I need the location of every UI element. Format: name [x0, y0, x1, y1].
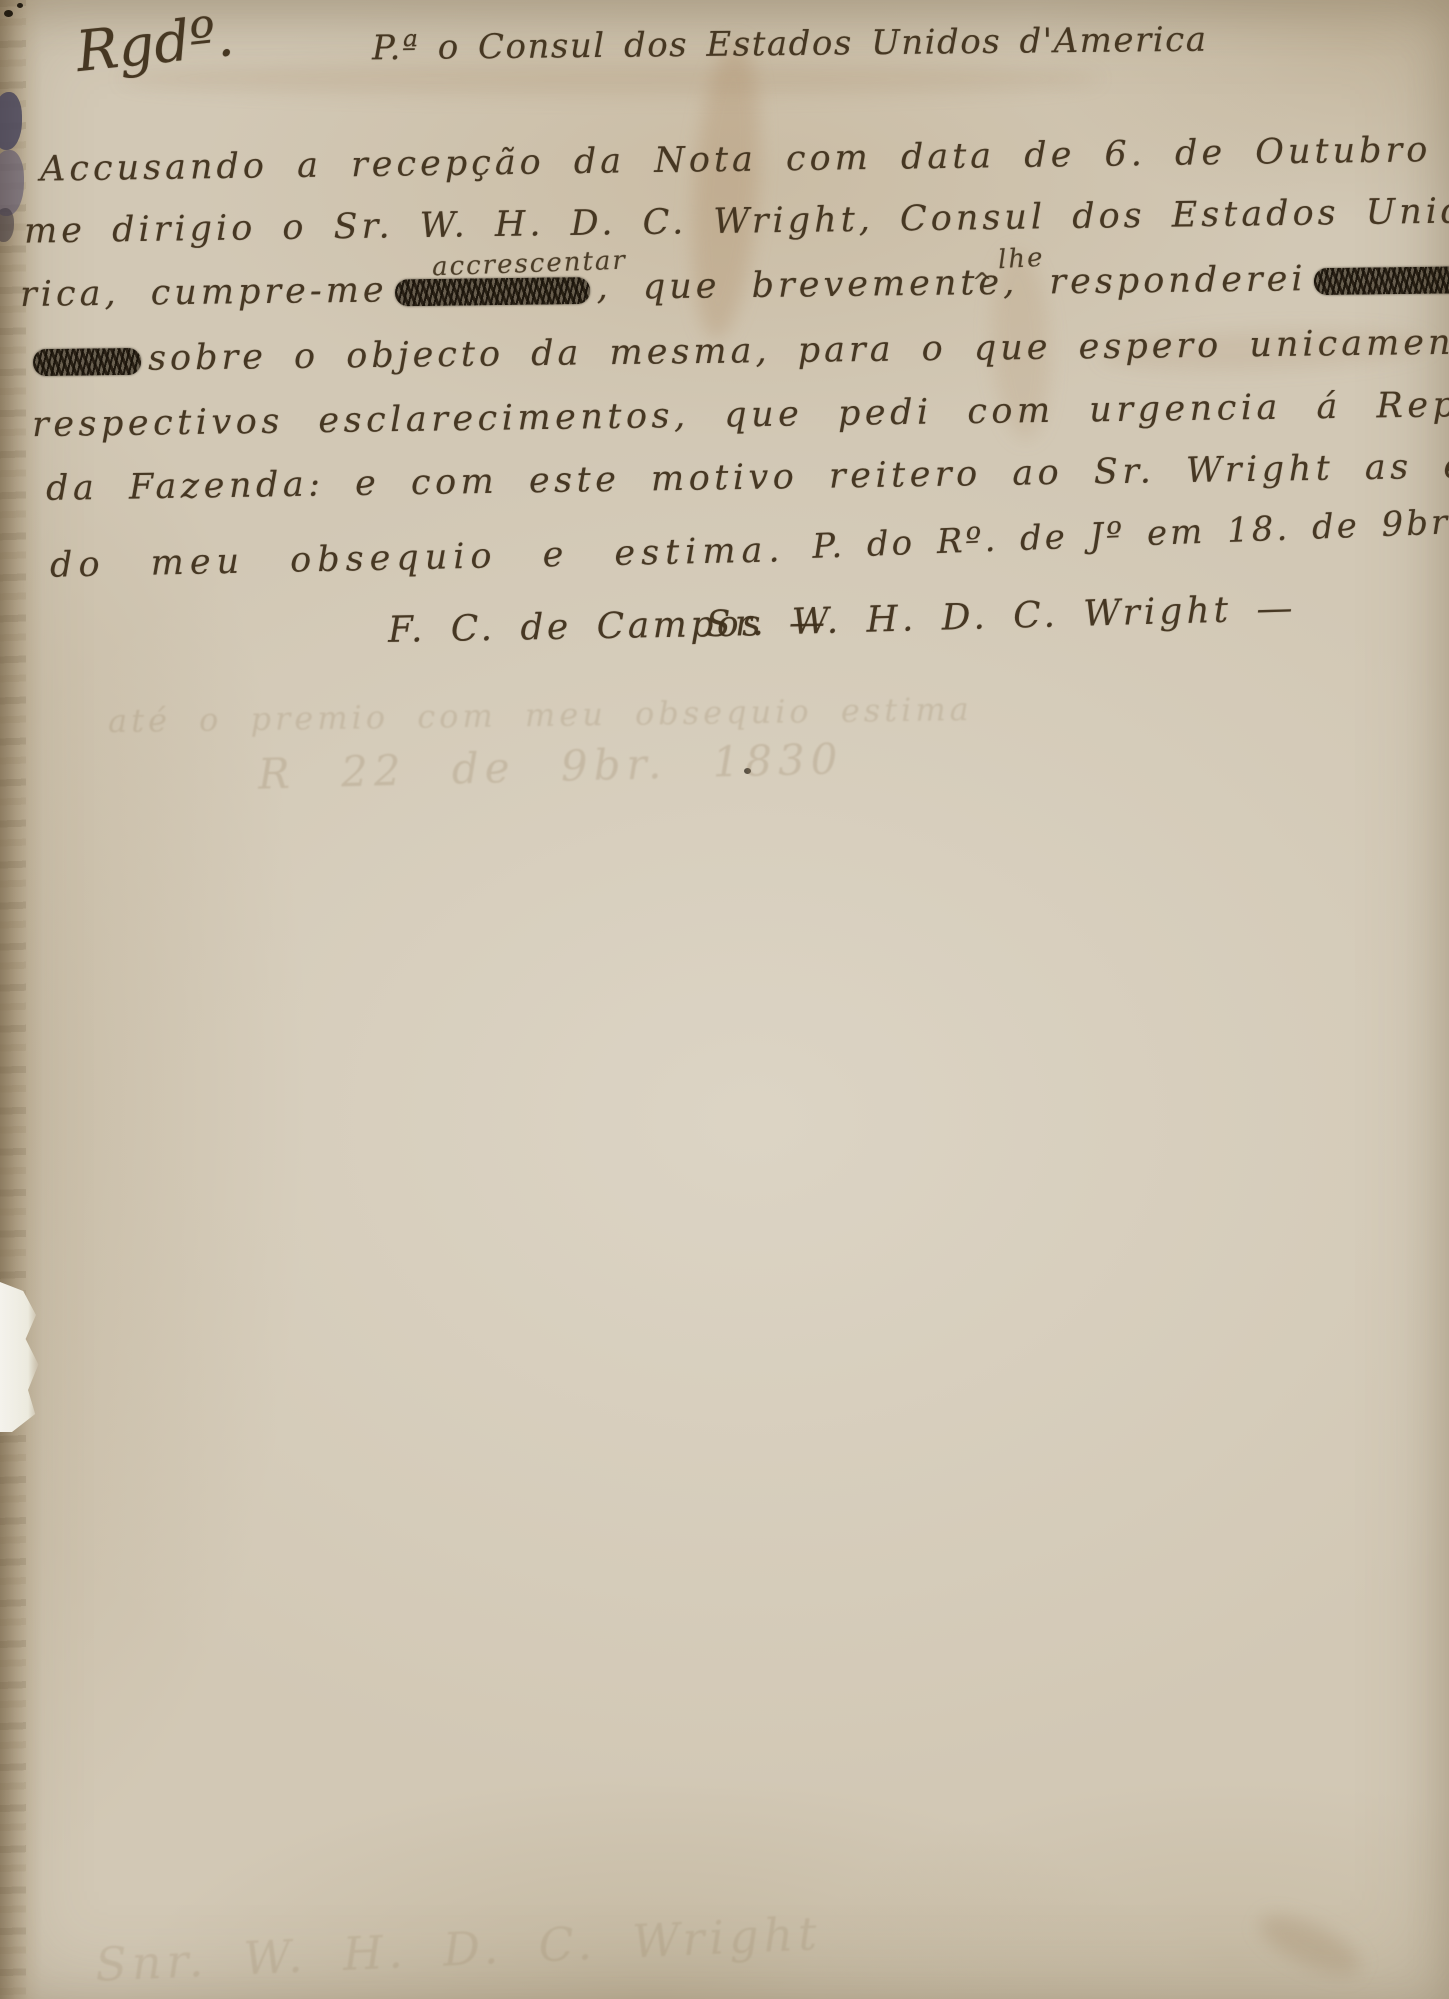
bleed-streak-top	[120, 62, 1100, 96]
manuscript-page: Rgdº. P.ª o Consul dos Estados Unidos d'…	[0, 0, 1449, 1999]
body-line-3-mid: , que brevemente, responderei	[596, 259, 1306, 308]
heading: P.ª o Consul dos Estados Unidos d'Americ…	[372, 20, 1208, 69]
body-line-7: do meu obsequio e estima.	[50, 530, 786, 585]
ink-scribble-crossout-2	[1313, 266, 1449, 295]
ink-scribble-crossout-1	[394, 277, 589, 306]
body-line-4: sobre o objecto da mesma, para o que esp…	[26, 320, 1449, 380]
dateline: P. do Rº. de Jº em 18. de 9brº 1830	[812, 497, 1449, 567]
signature-wright: Sr. W. H. D. C. Wright —	[706, 588, 1297, 645]
ghost-line-2: R 22 de 9br. 1830	[257, 734, 844, 798]
ink-scribble-crossout-3	[33, 348, 141, 376]
body-line-3-pre: rica, cumpre-me	[20, 270, 388, 314]
bottom-ghost-stroke	[1252, 1904, 1369, 1987]
corner-speck-1	[4, 10, 13, 17]
corner-speck-2	[17, 3, 23, 8]
body-line-5: respectivos esclarecimentos, que pedi co…	[32, 383, 1449, 445]
body-line-6: da Fazenda: e com este motivo reitero ao…	[46, 443, 1449, 509]
ghost-line-1: até o premio com meu obsequio estima	[108, 690, 973, 740]
ghost-bottom-signature: Snr. W. H. D. C. Wright	[94, 1906, 823, 1992]
